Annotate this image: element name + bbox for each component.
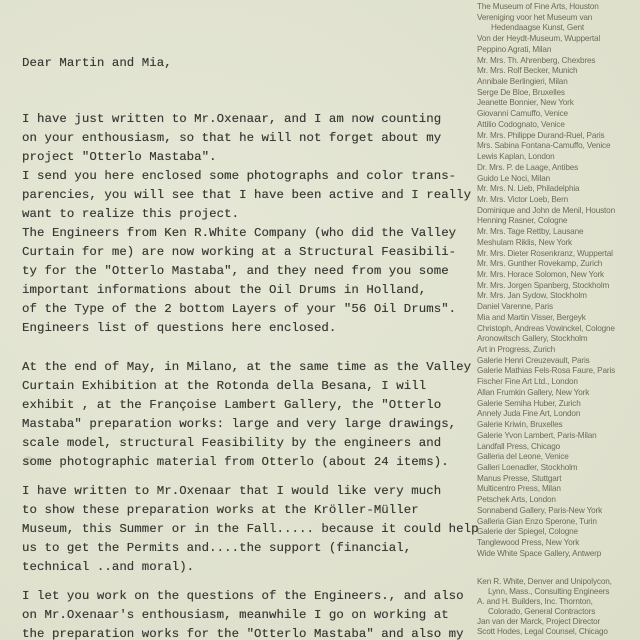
lender-entry: Mr. Mrs. Jorgen Spanberg, Stockholm bbox=[477, 281, 609, 292]
lender-entry: Fischer Fine Art Ltd., London bbox=[477, 377, 578, 388]
lender-entry: Meshulam Riklis, New York bbox=[477, 238, 572, 249]
lender-entry: Mr. Mrs. Th. Ahrenberg, Chexbres bbox=[477, 56, 595, 67]
document-page: Dear Martin and Mia, I have just written… bbox=[0, 0, 640, 640]
lender-entry: Annibale Berlingieri, Milan bbox=[477, 77, 568, 88]
lender-entry: Wide White Space Gallery, Antwerp bbox=[477, 549, 601, 560]
lender-entry: Annely Juda Fine Art, London bbox=[477, 409, 580, 420]
lender-entry: Galerie Kriwin, Bruxelles bbox=[477, 420, 562, 431]
letter-line: Curtain Exhibition at the Rotonda della … bbox=[22, 377, 426, 396]
letter-line: scale model, structural Feasibility by t… bbox=[22, 434, 441, 453]
lender-entry: Mr. Mrs. Horace Solomon, New York bbox=[477, 270, 604, 281]
letter-line: I have just written to Mr.Oxenaar, and I… bbox=[22, 110, 441, 129]
lender-entry: Dominique and John de Menil, Houston bbox=[477, 206, 615, 217]
lender-entry: Landfall Press, Chicago bbox=[477, 442, 560, 453]
lender-entry: Mr. Mrs. Philippe Durand-Ruel, Paris bbox=[477, 131, 604, 142]
letter-line: project "Otterlo Mastaba". bbox=[22, 148, 217, 167]
letter-line: on Mr.Oxenaar's enthousiasm, meanwhile I… bbox=[22, 606, 449, 625]
lender-entry: Mr. Mrs. Jan Sydow, Stockholm bbox=[477, 291, 587, 302]
letter-line: At the end of May, in Milano, at the sam… bbox=[22, 358, 471, 377]
lender-entry: Jeanette Bonnier, New York bbox=[477, 98, 574, 109]
lender-entry: Mia and Martin Visser, Bergeyk bbox=[477, 313, 586, 324]
lender-entry: Hedendaagse Kunst, Gent bbox=[491, 23, 584, 34]
lender-entry: Mr. Mrs. Victor Loeb, Bern bbox=[477, 195, 568, 206]
lender-entry: Manus Presse, Stuttgart bbox=[477, 474, 561, 485]
lender-entry: Mr. Mrs. Gunther Rovekamp, Zurich bbox=[477, 259, 602, 270]
letter-line: important informations about the Oil Dru… bbox=[22, 281, 426, 300]
lender-entry: Lewis Kaplan, London bbox=[477, 152, 555, 163]
lender-entry: Vereniging voor het Museum van bbox=[477, 13, 592, 24]
lender-entry: Mr. Mrs. Tage Rettby, Lausane bbox=[477, 227, 583, 238]
letter-line: I have written to Mr.Oxenaar that I woul… bbox=[22, 482, 441, 501]
lender-entry: Allan Frumkin Gallery, New York bbox=[477, 388, 589, 399]
lender-entry: Daniel Varenne, Paris bbox=[477, 302, 553, 313]
project-credit-entry: Scott Hodes, Legal Counsel, Chicago bbox=[477, 627, 608, 638]
letter-line: Curtain for me) are now working at a Str… bbox=[22, 243, 456, 262]
letter-line: to show these preparation works at the K… bbox=[22, 501, 419, 520]
letter-line: Museum, this Summer or in the Fall..... … bbox=[22, 520, 479, 539]
lender-entry: Petschek Arts, London bbox=[477, 495, 556, 506]
lender-entry: Henning Rasner, Cologne bbox=[477, 216, 567, 227]
lender-entry: Von der Heydt-Museum, Wuppertal bbox=[477, 34, 600, 45]
lender-entry: Mr. Mrs. N. Lieb, Philadelphia bbox=[477, 184, 579, 195]
lender-entry: Galleria del Leone, Venice bbox=[477, 452, 569, 463]
lender-entry: Galerie Semiha Huber, Zurich bbox=[477, 399, 581, 410]
lender-entry: Galerie Yvon Lambert, Paris-Milan bbox=[477, 431, 597, 442]
lender-entry: Galerie der Spiegel, Cologne bbox=[477, 527, 578, 538]
letter-line: I let you work on the questions of the E… bbox=[22, 587, 464, 606]
letter-line: ty for the "Otterlo Mastaba", and they n… bbox=[22, 262, 449, 281]
lender-entry: Sonnabend Gallery, Paris-New York bbox=[477, 506, 602, 517]
lender-entry: Serge De Bloe, Bruxelles bbox=[477, 88, 565, 99]
lender-entry: Mrs. Sabina Fontana-Camuffo, Venice bbox=[477, 141, 610, 152]
letter-line: Mastaba" preparation works: large and ve… bbox=[22, 415, 456, 434]
lender-entry: Guido Le Noci, Milan bbox=[477, 174, 550, 185]
letter-line: on your enthousiasm, so that he will not… bbox=[22, 129, 441, 148]
lender-entry: Dr. Mrs. P. de Laage, Antibes bbox=[477, 163, 578, 174]
lender-entry: Art in Progress, Zurich bbox=[477, 345, 555, 356]
letter-line: the preparation works for the "Otterlo M… bbox=[22, 625, 464, 640]
letter-line: us to get the Permits and....the support… bbox=[22, 539, 411, 558]
letter-line: of the Type of the 2 bottom Layers of yo… bbox=[22, 300, 456, 319]
letter-line: parencies, you will see that I have been… bbox=[22, 186, 471, 205]
letter-line: I send you here enclosed some photograph… bbox=[22, 167, 456, 186]
lender-entry: Giovanni Camuffo, Venice bbox=[477, 109, 568, 120]
lender-entry: Galerie Henri Creuzevault, Paris bbox=[477, 356, 590, 367]
letter-salutation: Dear Martin and Mia, bbox=[22, 54, 172, 73]
lender-entry: Peppino Agrati, Milan bbox=[477, 45, 551, 56]
lender-entry: Multicentro Press, Milan bbox=[477, 484, 561, 495]
lender-entry: The Museum of Fine Arts, Houston bbox=[477, 2, 599, 13]
lender-entry: Galerie Mathias Fels-Rosa Faure, Paris bbox=[477, 366, 615, 377]
letter-line: technical ..and moral). bbox=[22, 558, 194, 577]
letter-line: The Engineers from Ken R.White Company (… bbox=[22, 224, 456, 243]
letter-line: Engineers list of questions here enclose… bbox=[22, 319, 336, 338]
letter-line: exhibit , at the Françoise Lambert Galle… bbox=[22, 396, 441, 415]
lender-entry: Aronowitsch Gallery, Stockholm bbox=[477, 334, 587, 345]
letter-line: some photographic material from Otterlo … bbox=[22, 453, 449, 472]
lender-entry: Mr. Mrs. Dieter Rosenkranz, Wuppertal bbox=[477, 249, 613, 260]
lender-entry: Christoph, Andreas Vowinckel, Cologne bbox=[477, 324, 615, 335]
lender-entry: Tanglewood Press, New York bbox=[477, 538, 579, 549]
letter-line: want to realize this project. bbox=[22, 205, 239, 224]
lender-entry: Mr. Mrs. Rolf Becker, Munich bbox=[477, 66, 577, 77]
lender-entry: Galleria Gian Enzo Sperone, Turin bbox=[477, 517, 597, 528]
lender-entry: Attilio Codognato, Venice bbox=[477, 120, 565, 131]
lender-entry: Galleri Loenadler, Stockholm bbox=[477, 463, 577, 474]
